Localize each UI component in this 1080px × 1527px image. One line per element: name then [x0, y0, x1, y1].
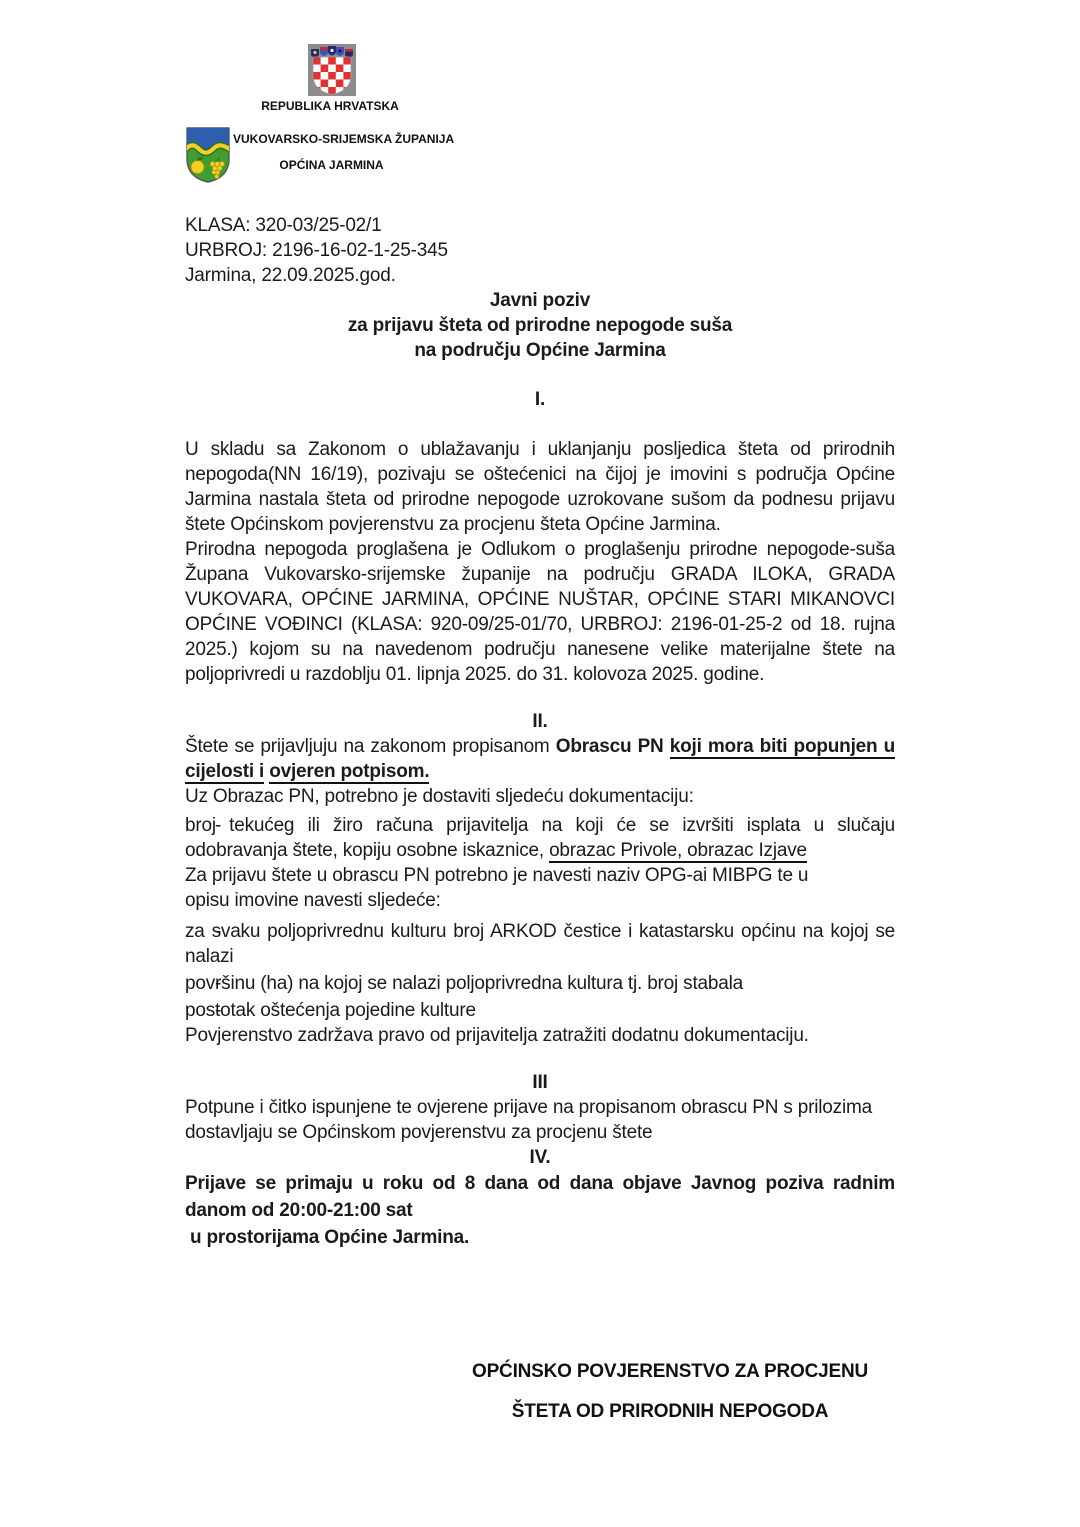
- urbroj-line: URBROJ: 2196-16-02-1-25-345: [185, 238, 895, 263]
- section-1-paragraph-1: U skladu sa Zakonom o ublažavanju i ukla…: [185, 437, 895, 537]
- bullet-item-arkod: - za svaku poljoprivrednu kulturu broj A…: [185, 919, 895, 969]
- intro-bold-obrazac-pn: Obrascu PN: [556, 736, 664, 757]
- jarmina-coat-of-arms-icon: [185, 126, 231, 184]
- croatia-coat-of-arms-icon: [308, 44, 356, 96]
- intro-underline-2: ovjeren potpisom.: [269, 761, 429, 784]
- document-title-line-3: na području Općine Jarmina: [185, 338, 895, 363]
- bullet-dash: -: [215, 971, 221, 996]
- section-4-heading: IV.: [185, 1145, 895, 1170]
- document-body: KLASA: 320-03/25-02/1 URBROJ: 2196-16-02…: [185, 213, 895, 1251]
- section-4-paragraph-2: u prostorijama Općine Jarmina.: [185, 1224, 895, 1251]
- signature-line-1: OPĆINSKO POVJERENSTVO ZA PROCJENU: [450, 1352, 890, 1392]
- section-3-paragraph: Potpune i čitko ispunjene te ovjerene pr…: [185, 1095, 895, 1145]
- section-2-heading: II.: [185, 709, 895, 734]
- bullet-dash: -: [215, 813, 221, 838]
- bullet-text: za svaku poljoprivrednu kulturu broj ARK…: [185, 921, 895, 967]
- bullet-text: površinu (ha) na kojoj se nalazi poljopr…: [185, 973, 743, 994]
- place-date-line: Jarmina, 22.09.2025.god.: [185, 263, 895, 288]
- bullet-text: postotak oštećenja pojedine kulture: [185, 1000, 476, 1021]
- bullet-item-account: - broj tekućeg ili žiro računa prijavite…: [185, 813, 895, 863]
- section-1-paragraph-2: Prirodna nepogoda proglašena je Odlukom …: [185, 537, 895, 687]
- klasa-line: KLASA: 320-03/25-02/1: [185, 213, 895, 238]
- intro-text: Štete se prijavljuju na zakonom propisan…: [185, 736, 556, 757]
- document-page: REPUBLIKA HRVATSKA: [0, 0, 1080, 1527]
- bullet-item-damage-percent: - postotak oštećenja pojedine kulture: [185, 998, 895, 1023]
- bullet-dash: -: [215, 919, 221, 944]
- bullet-dash: -: [215, 998, 221, 1023]
- republic-label: REPUBLIKA HRVATSKA: [240, 99, 420, 113]
- municipality-label: OPĆINA JARMINA: [233, 158, 430, 172]
- county-label: VUKOVARSKO-SRIJEMSKA ŽUPANIJA: [233, 132, 454, 146]
- section-1-heading: I.: [185, 387, 895, 412]
- document-title-line-2: za prijavu šteta od prirodne nepogode su…: [185, 313, 895, 338]
- document-title-line-1: Javni poziv: [185, 288, 895, 313]
- bullet-item-area: - površinu (ha) na kojoj se nalazi poljo…: [185, 971, 895, 996]
- pn-note-line-2: opisu imovine navesti sljedeće:: [185, 888, 895, 913]
- documentation-intro: Uz Obrazac PN, potrebno je dostaviti slj…: [185, 784, 895, 809]
- bullet-underline-forms: obrazac Privole, obrazac Izjave: [549, 840, 807, 863]
- section-2-intro: Štete se prijavljuju na zakonom propisan…: [185, 734, 895, 784]
- pn-note-line-1: Za prijavu štete u obrascu PN potrebno j…: [185, 863, 895, 888]
- section-3-heading: III: [185, 1070, 895, 1095]
- commission-note: Povjerenstvo zadržava pravo od prijavite…: [185, 1023, 895, 1048]
- signature-line-2: ŠTETA OD PRIRODNIH NEPOGODA: [450, 1392, 890, 1432]
- section-4-paragraph-1: Prijave se primaju u roku od 8 dana od d…: [185, 1170, 895, 1224]
- signature-block: OPĆINSKO POVJERENSTVO ZA PROCJENU ŠTETA …: [450, 1352, 890, 1432]
